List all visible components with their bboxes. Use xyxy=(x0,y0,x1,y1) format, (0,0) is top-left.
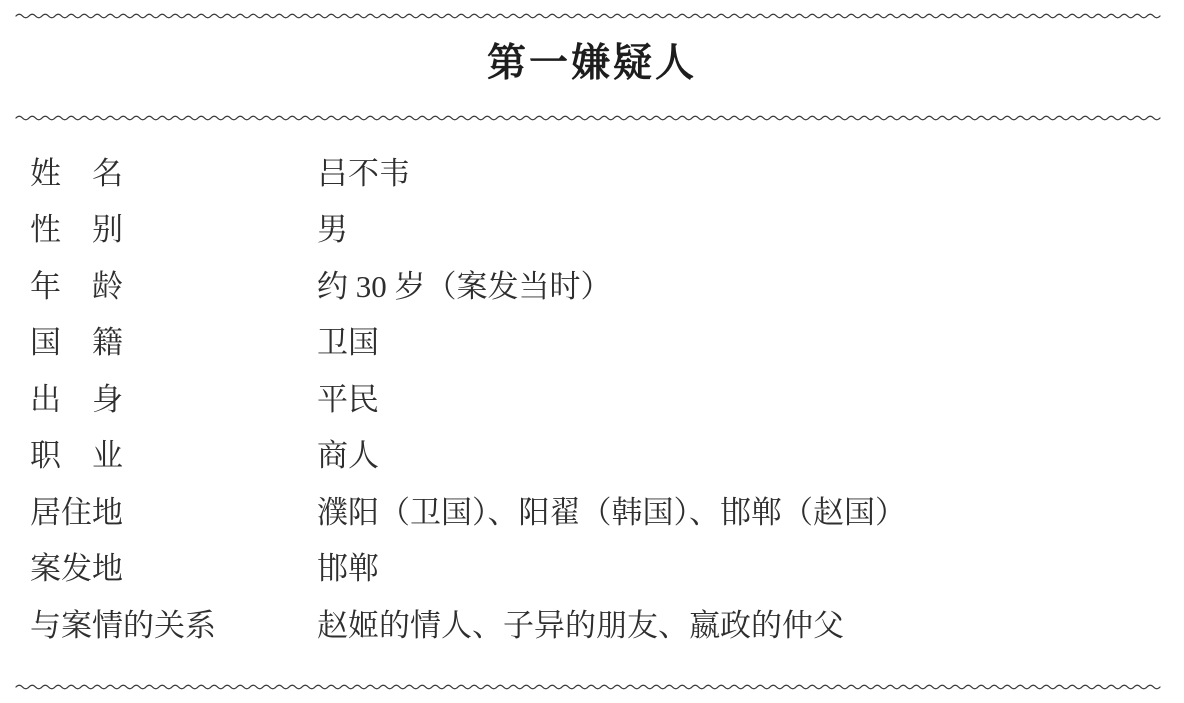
wavy-divider-top xyxy=(15,11,1165,21)
field-value: 平民 xyxy=(317,374,1164,419)
profile-row-crime-scene: 案发地 邯郸 xyxy=(30,538,1164,595)
field-label: 年 龄 xyxy=(30,261,317,306)
field-label: 性 别 xyxy=(30,204,317,249)
field-value: 邯郸 xyxy=(317,543,1164,588)
field-value: 约 30 岁（案发当时） xyxy=(317,261,1164,306)
suspect-profile-page: 第一嫌疑人 姓 名 吕不韦 性 别 男 年 龄 约 30 岁（案发当时） 国 籍… xyxy=(0,0,1184,703)
wavy-divider-bottom xyxy=(15,682,1165,692)
field-label: 职 业 xyxy=(30,430,317,475)
field-label: 与案情的关系 xyxy=(30,600,317,645)
field-value: 商人 xyxy=(317,430,1164,475)
field-label: 出 身 xyxy=(30,374,317,419)
profile-row-residence: 居住地 濮阳（卫国）、阳翟（韩国）、邯郸（赵国） xyxy=(30,481,1164,538)
field-value: 赵姬的情人、子异的朋友、嬴政的仲父 xyxy=(317,600,1164,645)
profile-row-nationality: 国 籍 卫国 xyxy=(30,312,1164,369)
profile-row-relation-to-case: 与案情的关系 赵姬的情人、子异的朋友、嬴政的仲父 xyxy=(30,594,1164,651)
profile-row-occupation: 职 业 商人 xyxy=(30,425,1164,482)
wavy-divider-middle xyxy=(15,113,1165,123)
profile-row-name: 姓 名 吕不韦 xyxy=(30,142,1164,199)
field-value: 吕不韦 xyxy=(317,148,1164,193)
page-title: 第一嫌疑人 xyxy=(0,42,1184,86)
profile-row-age: 年 龄 约 30 岁（案发当时） xyxy=(30,255,1164,312)
field-value: 濮阳（卫国）、阳翟（韩国）、邯郸（赵国） xyxy=(317,487,1164,532)
profile-row-origin: 出 身 平民 xyxy=(30,368,1164,425)
field-label: 国 籍 xyxy=(30,317,317,362)
field-label: 居住地 xyxy=(30,487,317,532)
field-label: 姓 名 xyxy=(30,148,317,193)
profile-row-gender: 性 别 男 xyxy=(30,199,1164,256)
field-value: 卫国 xyxy=(317,317,1164,362)
field-label: 案发地 xyxy=(30,543,317,588)
field-value: 男 xyxy=(317,204,1164,249)
profile-table: 姓 名 吕不韦 性 别 男 年 龄 约 30 岁（案发当时） 国 籍 卫国 出 … xyxy=(30,142,1164,651)
